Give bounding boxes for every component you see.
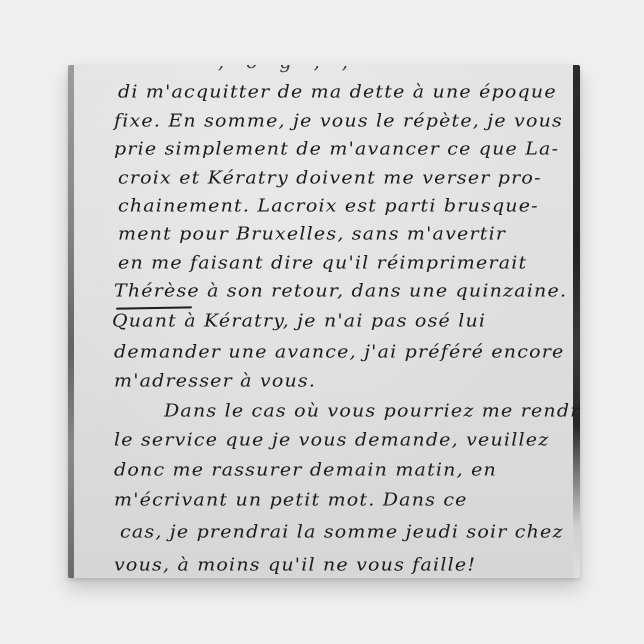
- letter-line-6: ment pour Bruxelles, sans m'avertir: [118, 224, 580, 244]
- letter-line-8: Thérèse à son retour, dans une quinzaine…: [114, 281, 580, 301]
- letter-line-3: prie simplement de m'avancer ce que La-: [114, 139, 580, 159]
- letter-line-11: m'adresser à vous.: [114, 371, 580, 391]
- letter-line-14: donc me rassurer demain matin, en: [114, 460, 580, 480]
- letter-line-10: demander une avance, j'ai préféré encore: [114, 342, 580, 362]
- letter-line-9: Quant à Kératry, je n'ai pas osé lui: [112, 311, 580, 331]
- letter-line-12: Dans le cas où vous pourriez me rendre: [164, 401, 580, 421]
- letter-line-5: chainement. Lacroix est parti brusque-: [118, 196, 580, 216]
- letter-line-4: croix et Kératry doivent me verser pro-: [118, 168, 580, 188]
- underline-therese: [116, 306, 192, 309]
- letter-line-1: di m'acquitter de ma dette à une époque: [118, 82, 580, 102]
- letter-tile: , o g , , di m'acquitter de ma dette à u…: [68, 65, 580, 578]
- letter-line-2: fixe. En somme, je vous le répète, je vo…: [114, 111, 580, 131]
- letter-line-17: vous, à moins qu'il ne vous faille!: [114, 555, 580, 575]
- letter-line-7: en me faisant dire qu'il réimprimerait: [118, 253, 580, 273]
- clipped-previous-line: , o g , ,: [218, 65, 356, 73]
- tile-left-edge: [68, 65, 74, 578]
- letter-line-15: m'écrivant un petit mot. Dans ce: [114, 490, 580, 510]
- letter-line-16: cas, je prendrai la somme jeudi soir che…: [120, 522, 580, 542]
- letter-line-13: le service que je vous demande, veuillez: [114, 430, 580, 450]
